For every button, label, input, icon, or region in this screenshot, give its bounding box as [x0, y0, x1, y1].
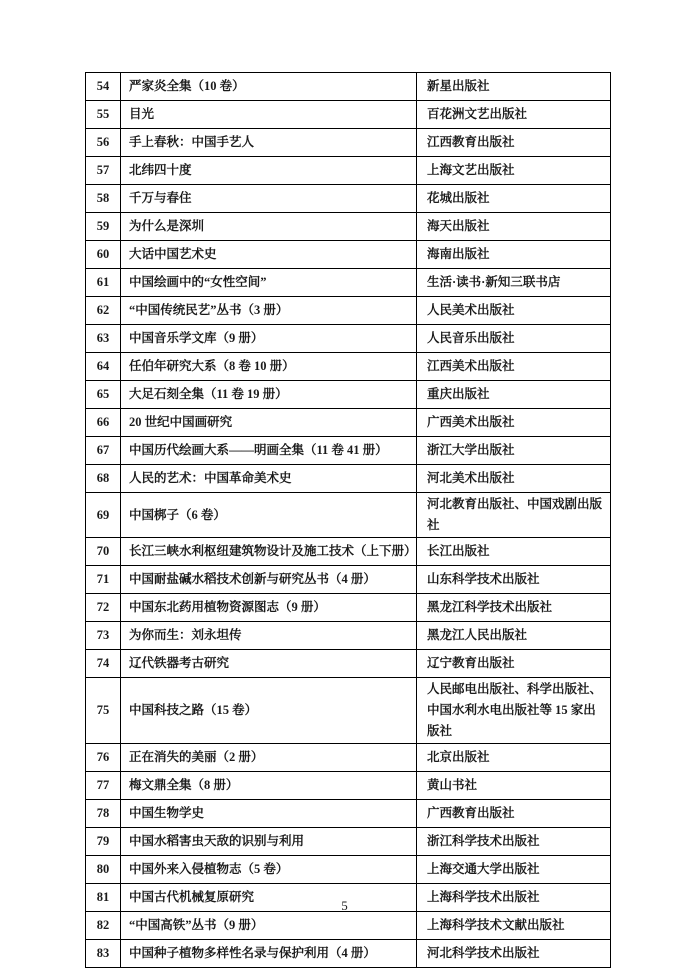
- row-number-cell: 61: [86, 269, 121, 297]
- table-row: 70 长江三峡水利枢纽建筑物设计及施工技术（上下册） 长江出版社: [86, 538, 611, 566]
- publisher-cell: 广西美术出版社: [417, 409, 611, 437]
- table-row: 61 中国绘画中的“女性空间” 生活·读书·新知三联书店: [86, 269, 611, 297]
- row-number-cell: 67: [86, 437, 121, 465]
- table-row: 71 中国耐盐碱水稻技术创新与研究丛书（4 册） 山东科学技术出版社: [86, 566, 611, 594]
- book-title-cell: 目光: [121, 101, 417, 129]
- table-row: 58 千万与春住 花城出版社: [86, 185, 611, 213]
- row-number-cell: 75: [86, 678, 121, 744]
- row-number-cell: 72: [86, 594, 121, 622]
- row-number-cell: 71: [86, 566, 121, 594]
- row-number-cell: 59: [86, 213, 121, 241]
- book-title-cell: 任伯年研究大系（8 卷 10 册）: [121, 353, 417, 381]
- table-row: 68 人民的艺术：中国革命美术史 河北美术出版社: [86, 465, 611, 493]
- table-row: 54 严家炎全集（10 卷） 新星出版社: [86, 73, 611, 101]
- book-title-cell: 中国种子植物多样性名录与保护利用（4 册）: [121, 940, 417, 968]
- publisher-cell: 百花洲文艺出版社: [417, 101, 611, 129]
- book-title-cell: 为你而生：刘永坦传: [121, 622, 417, 650]
- publisher-cell: 辽宁教育出版社: [417, 650, 611, 678]
- table-row: 73 为你而生：刘永坦传 黑龙江人民出版社: [86, 622, 611, 650]
- document-page: 54 严家炎全集（10 卷） 新星出版社 55 目光 百花洲文艺出版社 56 手…: [0, 0, 689, 969]
- row-number-cell: 78: [86, 800, 121, 828]
- book-title-cell: 中国生物学史: [121, 800, 417, 828]
- publisher-cell: 黑龙江科学技术出版社: [417, 594, 611, 622]
- row-number-cell: 57: [86, 157, 121, 185]
- table-row: 67 中国历代绘画大系——明画全集（11 卷 41 册） 浙江大学出版社: [86, 437, 611, 465]
- row-number-cell: 70: [86, 538, 121, 566]
- publisher-cell: 人民邮电出版社、科学出版社、中国水利水电出版社等 15 家出版社: [417, 678, 611, 744]
- row-number-cell: 60: [86, 241, 121, 269]
- table-row: 75 中国科技之路（15 卷） 人民邮电出版社、科学出版社、中国水利水电出版社等…: [86, 678, 611, 744]
- book-title-cell: “中国传统民艺”丛书（3 册）: [121, 297, 417, 325]
- table-row: 56 手上春秋：中国手艺人 江西教育出版社: [86, 129, 611, 157]
- publisher-cell: 上海科学技术文献出版社: [417, 912, 611, 940]
- table-row: 69 中国梆子（6 卷） 河北教育出版社、中国戏剧出版社: [86, 493, 611, 538]
- book-title-cell: 大话中国艺术史: [121, 241, 417, 269]
- row-number-cell: 55: [86, 101, 121, 129]
- book-title-cell: 北纬四十度: [121, 157, 417, 185]
- table-row: 76 正在消失的美丽（2 册） 北京出版社: [86, 744, 611, 772]
- row-number-cell: 63: [86, 325, 121, 353]
- row-number-cell: 76: [86, 744, 121, 772]
- row-number-cell: 58: [86, 185, 121, 213]
- book-title-cell: 中国音乐学文库（9 册）: [121, 325, 417, 353]
- book-title-cell: 中国历代绘画大系——明画全集（11 卷 41 册）: [121, 437, 417, 465]
- row-number-cell: 65: [86, 381, 121, 409]
- publisher-cell: 江西美术出版社: [417, 353, 611, 381]
- table-row: 66 20 世纪中国画研究 广西美术出版社: [86, 409, 611, 437]
- row-number-cell: 64: [86, 353, 121, 381]
- row-number-cell: 74: [86, 650, 121, 678]
- table-row: 60 大话中国艺术史 海南出版社: [86, 241, 611, 269]
- publisher-cell: 人民美术出版社: [417, 297, 611, 325]
- table-row: 82 “中国高铁”丛书（9 册） 上海科学技术文献出版社: [86, 912, 611, 940]
- row-number-cell: 82: [86, 912, 121, 940]
- row-number-cell: 62: [86, 297, 121, 325]
- row-number-cell: 80: [86, 856, 121, 884]
- row-number-cell: 73: [86, 622, 121, 650]
- table-row: 55 目光 百花洲文艺出版社: [86, 101, 611, 129]
- book-title-cell: 中国耐盐碱水稻技术创新与研究丛书（4 册）: [121, 566, 417, 594]
- row-number-cell: 77: [86, 772, 121, 800]
- publisher-cell: 黄山书社: [417, 772, 611, 800]
- table-row: 79 中国水稻害虫天敌的识别与利用 浙江科学技术出版社: [86, 828, 611, 856]
- publisher-cell: 河北教育出版社、中国戏剧出版社: [417, 493, 611, 538]
- publisher-cell: 河北美术出版社: [417, 465, 611, 493]
- row-number-cell: 54: [86, 73, 121, 101]
- publisher-cell: 海天出版社: [417, 213, 611, 241]
- table-row: 63 中国音乐学文库（9 册） 人民音乐出版社: [86, 325, 611, 353]
- table-row: 77 梅文鼎全集（8 册） 黄山书社: [86, 772, 611, 800]
- table-row: 65 大足石刻全集（11 卷 19 册） 重庆出版社: [86, 381, 611, 409]
- table-row: 80 中国外来入侵植物志（5 卷） 上海交通大学出版社: [86, 856, 611, 884]
- publisher-cell: 上海文艺出版社: [417, 157, 611, 185]
- publisher-cell: 山东科学技术出版社: [417, 566, 611, 594]
- book-title-cell: 中国水稻害虫天敌的识别与利用: [121, 828, 417, 856]
- publisher-cell: 长江出版社: [417, 538, 611, 566]
- table-row: 62 “中国传统民艺”丛书（3 册） 人民美术出版社: [86, 297, 611, 325]
- table-row: 83 中国种子植物多样性名录与保护利用（4 册） 河北科学技术出版社: [86, 940, 611, 968]
- book-title-cell: 中国绘画中的“女性空间”: [121, 269, 417, 297]
- book-title-cell: 辽代铁器考古研究: [121, 650, 417, 678]
- page-number: 5: [0, 898, 689, 914]
- book-title-cell: 中国梆子（6 卷）: [121, 493, 417, 538]
- book-title-cell: 大足石刻全集（11 卷 19 册）: [121, 381, 417, 409]
- row-number-cell: 69: [86, 493, 121, 538]
- publisher-cell: 浙江大学出版社: [417, 437, 611, 465]
- row-number-cell: 56: [86, 129, 121, 157]
- table-row: 78 中国生物学史 广西教育出版社: [86, 800, 611, 828]
- book-title-cell: 严家炎全集（10 卷）: [121, 73, 417, 101]
- book-title-cell: 20 世纪中国画研究: [121, 409, 417, 437]
- publisher-cell: 人民音乐出版社: [417, 325, 611, 353]
- book-title-cell: 中国东北药用植物资源图志（9 册）: [121, 594, 417, 622]
- row-number-cell: 79: [86, 828, 121, 856]
- table-row: 74 辽代铁器考古研究 辽宁教育出版社: [86, 650, 611, 678]
- book-publisher-table: 54 严家炎全集（10 卷） 新星出版社 55 目光 百花洲文艺出版社 56 手…: [85, 72, 611, 968]
- publisher-cell: 上海交通大学出版社: [417, 856, 611, 884]
- publisher-cell: 江西教育出版社: [417, 129, 611, 157]
- book-title-cell: “中国高铁”丛书（9 册）: [121, 912, 417, 940]
- table-row: 57 北纬四十度 上海文艺出版社: [86, 157, 611, 185]
- publisher-cell: 黑龙江人民出版社: [417, 622, 611, 650]
- publisher-cell: 北京出版社: [417, 744, 611, 772]
- publisher-cell: 新星出版社: [417, 73, 611, 101]
- publisher-cell: 广西教育出版社: [417, 800, 611, 828]
- table-row: 59 为什么是深圳 海天出版社: [86, 213, 611, 241]
- publisher-cell: 重庆出版社: [417, 381, 611, 409]
- table-row: 64 任伯年研究大系（8 卷 10 册） 江西美术出版社: [86, 353, 611, 381]
- publisher-cell: 海南出版社: [417, 241, 611, 269]
- book-title-cell: 中国科技之路（15 卷）: [121, 678, 417, 744]
- book-title-cell: 千万与春住: [121, 185, 417, 213]
- row-number-cell: 66: [86, 409, 121, 437]
- row-number-cell: 68: [86, 465, 121, 493]
- publisher-cell: 浙江科学技术出版社: [417, 828, 611, 856]
- book-title-cell: 梅文鼎全集（8 册）: [121, 772, 417, 800]
- book-title-cell: 为什么是深圳: [121, 213, 417, 241]
- publisher-cell: 花城出版社: [417, 185, 611, 213]
- publisher-cell: 河北科学技术出版社: [417, 940, 611, 968]
- book-title-cell: 正在消失的美丽（2 册）: [121, 744, 417, 772]
- book-title-cell: 中国外来入侵植物志（5 卷）: [121, 856, 417, 884]
- book-title-cell: 长江三峡水利枢纽建筑物设计及施工技术（上下册）: [121, 538, 417, 566]
- book-title-cell: 手上春秋：中国手艺人: [121, 129, 417, 157]
- publisher-cell: 生活·读书·新知三联书店: [417, 269, 611, 297]
- book-title-cell: 人民的艺术：中国革命美术史: [121, 465, 417, 493]
- row-number-cell: 83: [86, 940, 121, 968]
- table-body: 54 严家炎全集（10 卷） 新星出版社 55 目光 百花洲文艺出版社 56 手…: [86, 73, 611, 968]
- table-row: 72 中国东北药用植物资源图志（9 册） 黑龙江科学技术出版社: [86, 594, 611, 622]
